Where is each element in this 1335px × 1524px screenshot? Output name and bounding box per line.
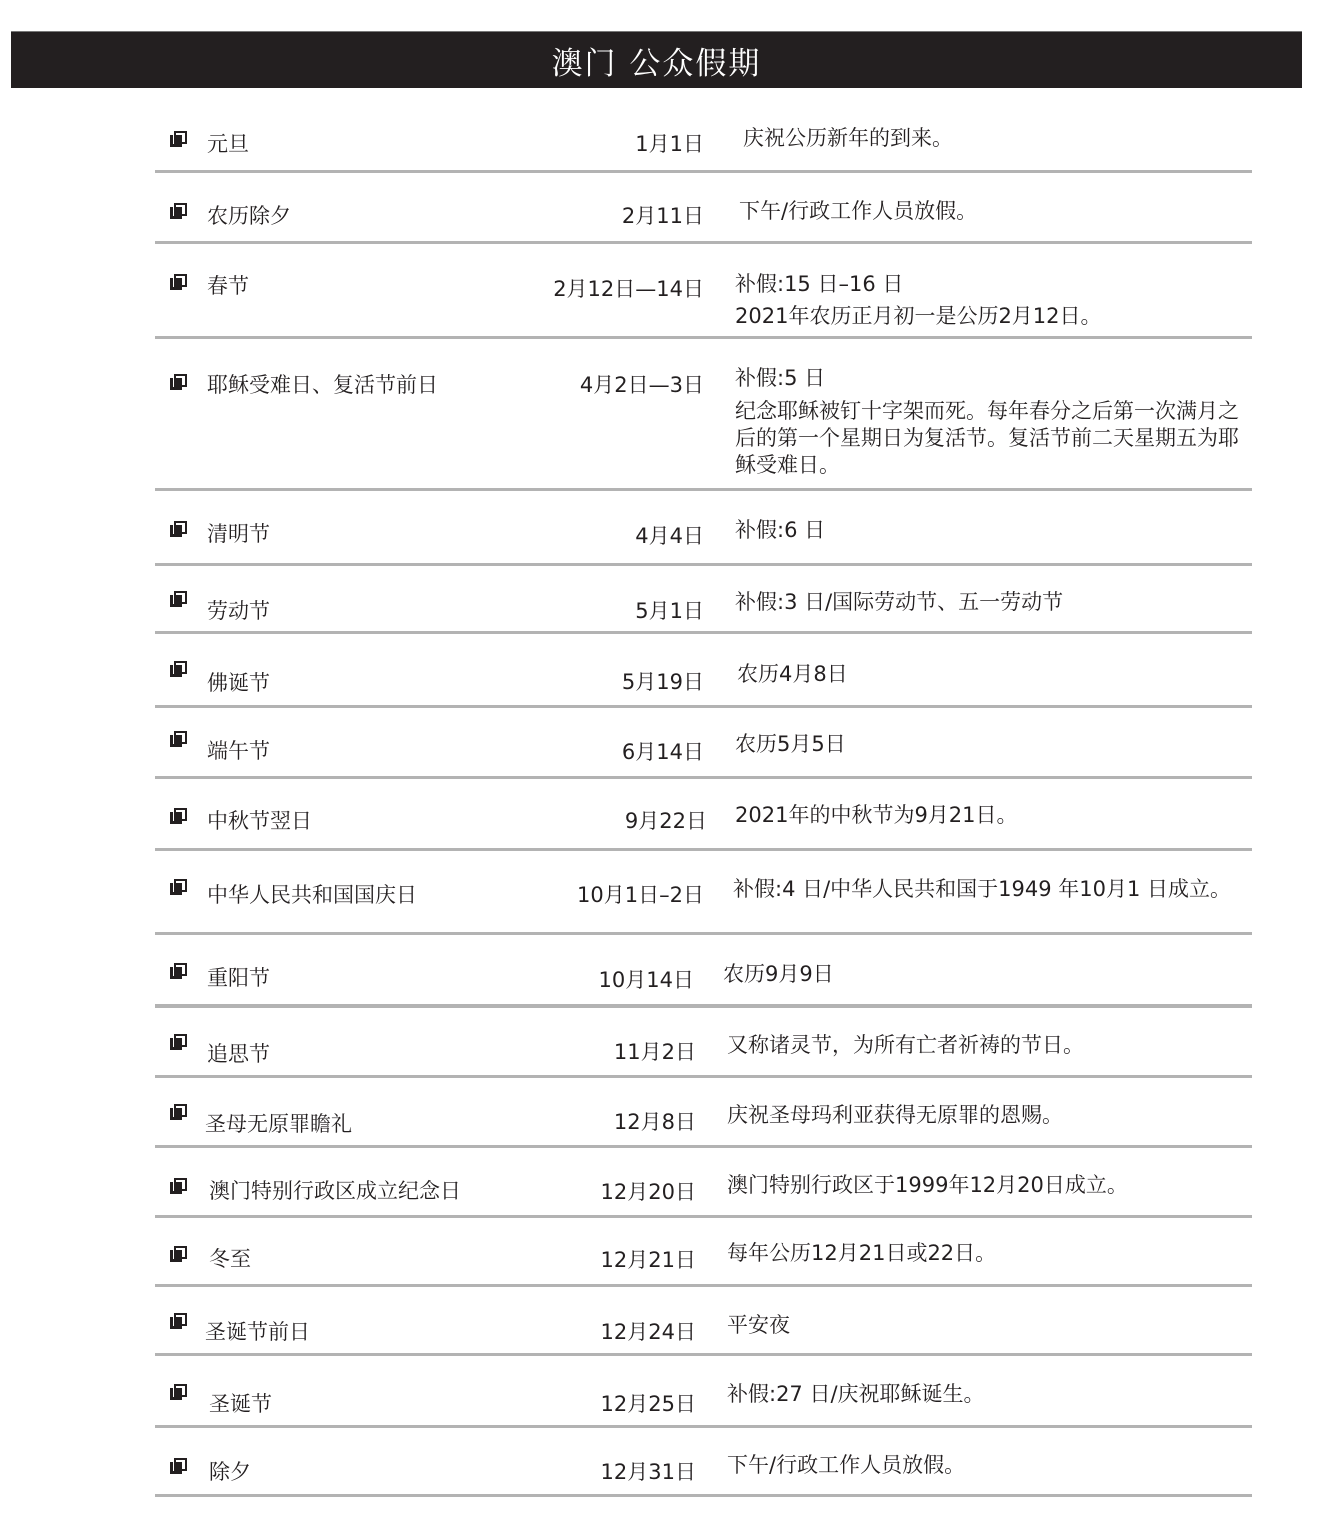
table-row: 端午节 6月14日 农历5月5日 <box>155 708 1252 779</box>
holiday-name: 中秋节翌日 <box>207 805 312 835</box>
copy-icon <box>170 1313 187 1330</box>
holiday-desc-line1: 补假:15 日–16 日 <box>735 272 903 296</box>
holiday-desc: 庆祝公历新年的到来。 <box>743 122 953 154</box>
table-row: 除夕 12月31日 下午/行政工作人员放假。 <box>155 1428 1252 1497</box>
holiday-desc: 补假:15 日–16 日 2021年农历正月初一是公历2月12日。 <box>735 268 1102 332</box>
holiday-date: 11月2日 <box>614 1036 696 1066</box>
table-row: 冬至 12月21日 每年公历12月21日或22日。 <box>155 1218 1252 1287</box>
title-bar: 澳门 公众假期 <box>11 31 1302 88</box>
copy-icon <box>170 274 187 291</box>
holiday-desc: 平安夜 <box>727 1309 790 1341</box>
holiday-date: 4月4日 <box>635 520 704 550</box>
copy-icon <box>170 1246 187 1263</box>
table-row: 佛诞节 5月19日 农历4月8日 <box>155 634 1252 708</box>
holiday-desc: 2021年的中秋节为9月21日。 <box>735 799 1018 831</box>
holiday-name: 圣诞节前日 <box>205 1316 310 1346</box>
table-row: 追思节 11月2日 又称诸灵节，为所有亡者祈祷的节日。 <box>155 1008 1252 1078</box>
holiday-date: 12月20日 <box>601 1176 696 1206</box>
holiday-desc: 补假:5 日 纪念耶稣被钉十字架而死。每年春分之后第一次满月之后的第一个星期日为… <box>735 362 1255 479</box>
holiday-date: 2月11日 <box>622 200 704 230</box>
table-row: 中秋节翌日 9月22日 2021年的中秋节为9月21日。 <box>155 779 1252 851</box>
copy-icon <box>170 879 187 896</box>
table-row: 圣诞节前日 12月24日 平安夜 <box>155 1287 1252 1356</box>
holiday-date: 12月31日 <box>601 1456 696 1486</box>
holiday-date: 2月12日—14日 <box>553 273 704 303</box>
holiday-desc: 农历5月5日 <box>735 728 846 760</box>
holiday-name: 圣母无原罪瞻礼 <box>205 1108 352 1138</box>
copy-icon <box>170 731 187 748</box>
holiday-name: 端午节 <box>207 735 270 765</box>
holiday-name: 耶稣受难日、复活节前日 <box>207 369 438 399</box>
holiday-desc: 下午/行政工作人员放假。 <box>739 195 977 227</box>
holiday-date: 9月22日 <box>625 805 707 835</box>
holiday-desc: 农历9月9日 <box>723 958 834 990</box>
table-row: 圣母无原罪瞻礼 12月8日 庆祝圣母玛利亚获得无原罪的恩赐。 <box>155 1078 1252 1148</box>
holiday-desc: 补假:6 日 <box>735 514 825 546</box>
copy-icon <box>170 1458 187 1475</box>
holiday-desc: 每年公历12月21日或22日。 <box>727 1237 996 1269</box>
table-row: 农历除夕 2月11日 下午/行政工作人员放假。 <box>155 173 1252 244</box>
holiday-name: 追思节 <box>207 1038 270 1068</box>
holiday-desc-paragraph: 纪念耶稣被钉十字架而死。每年春分之后第一次满月之后的第一个星期日为复活节。复活节… <box>735 398 1255 479</box>
holiday-date: 4月2日—3日 <box>580 369 704 399</box>
copy-icon <box>170 203 187 220</box>
holiday-desc-line1: 补假:5 日 <box>735 366 825 390</box>
table-row: 圣诞节 12月25日 补假:27 日/庆祝耶稣诞生。 <box>155 1356 1252 1428</box>
table-row: 耶稣受难日、复活节前日 4月2日—3日 补假:5 日 纪念耶稣被钉十字架而死。每… <box>155 339 1252 491</box>
table-row: 春节 2月12日—14日 补假:15 日–16 日 2021年农历正月初一是公历… <box>155 244 1252 339</box>
holiday-name: 清明节 <box>207 518 270 548</box>
copy-icon <box>170 1104 187 1121</box>
holiday-name: 佛诞节 <box>207 667 270 697</box>
holiday-desc: 农历4月8日 <box>737 658 848 690</box>
holiday-name: 中华人民共和国国庆日 <box>207 879 417 909</box>
table-row: 中华人民共和国国庆日 10月1日–2日 补假:4 日/中华人民共和国于1949 … <box>155 851 1252 935</box>
holiday-name: 春节 <box>207 270 249 300</box>
holiday-date: 12月8日 <box>614 1106 696 1136</box>
holiday-date: 5月1日 <box>635 595 704 625</box>
holiday-name: 冬至 <box>209 1243 251 1273</box>
holiday-date: 10月1日–2日 <box>577 879 704 909</box>
holiday-desc: 补假:27 日/庆祝耶稣诞生。 <box>727 1378 985 1410</box>
holiday-date: 12月24日 <box>601 1316 696 1346</box>
copy-icon <box>170 131 187 148</box>
holiday-desc-line2: 2021年农历正月初一是公历2月12日。 <box>735 300 1102 332</box>
copy-icon <box>170 963 187 980</box>
holiday-name: 农历除夕 <box>207 200 291 230</box>
table-row: 劳动节 5月1日 补假:3 日/国际劳动节、五一劳动节 <box>155 566 1252 634</box>
holiday-name: 圣诞节 <box>209 1388 272 1418</box>
holiday-name: 劳动节 <box>207 595 270 625</box>
table-row: 清明节 4月4日 补假:6 日 <box>155 491 1252 566</box>
copy-icon <box>170 808 187 825</box>
holiday-date: 12月25日 <box>601 1388 696 1418</box>
table-row: 澳门特别行政区成立纪念日 12月20日 澳门特别行政区于1999年12月20日成… <box>155 1148 1252 1218</box>
holiday-date: 5月19日 <box>622 666 704 696</box>
copy-icon <box>170 1384 187 1401</box>
holiday-name: 重阳节 <box>207 962 270 992</box>
copy-icon <box>170 521 187 538</box>
holiday-date: 1月1日 <box>635 128 704 158</box>
holiday-desc: 澳门特别行政区于1999年12月20日成立。 <box>727 1169 1128 1201</box>
copy-icon <box>170 591 187 608</box>
holiday-date: 12月21日 <box>601 1244 696 1274</box>
table-row: 元旦 1月1日 庆祝公历新年的到来。 <box>155 106 1252 173</box>
copy-icon <box>170 1034 187 1051</box>
copy-icon <box>170 1178 187 1195</box>
table-row: 重阳节 10月14日 农历9月9日 <box>155 935 1252 1008</box>
holiday-desc: 补假:3 日/国际劳动节、五一劳动节 <box>735 586 1063 618</box>
holiday-desc: 又称诸灵节，为所有亡者祈祷的节日。 <box>727 1029 1084 1061</box>
copy-icon <box>170 661 187 678</box>
page-title: 澳门 公众假期 <box>552 38 762 83</box>
holiday-name: 元旦 <box>207 128 249 158</box>
holiday-name: 除夕 <box>209 1456 251 1486</box>
holiday-date: 6月14日 <box>622 736 704 766</box>
holiday-desc: 下午/行政工作人员放假。 <box>727 1449 965 1481</box>
holiday-name: 澳门特别行政区成立纪念日 <box>209 1175 461 1205</box>
holiday-desc: 庆祝圣母玛利亚获得无原罪的恩赐。 <box>727 1099 1063 1131</box>
holiday-desc: 补假:4 日/中华人民共和国于1949 年10月1 日成立。 <box>733 873 1231 905</box>
holiday-date: 10月14日 <box>599 964 694 994</box>
holiday-table: 元旦 1月1日 庆祝公历新年的到来。 农历除夕 2月11日 下午/行政工作人员放… <box>155 106 1252 1497</box>
copy-icon <box>170 374 187 391</box>
